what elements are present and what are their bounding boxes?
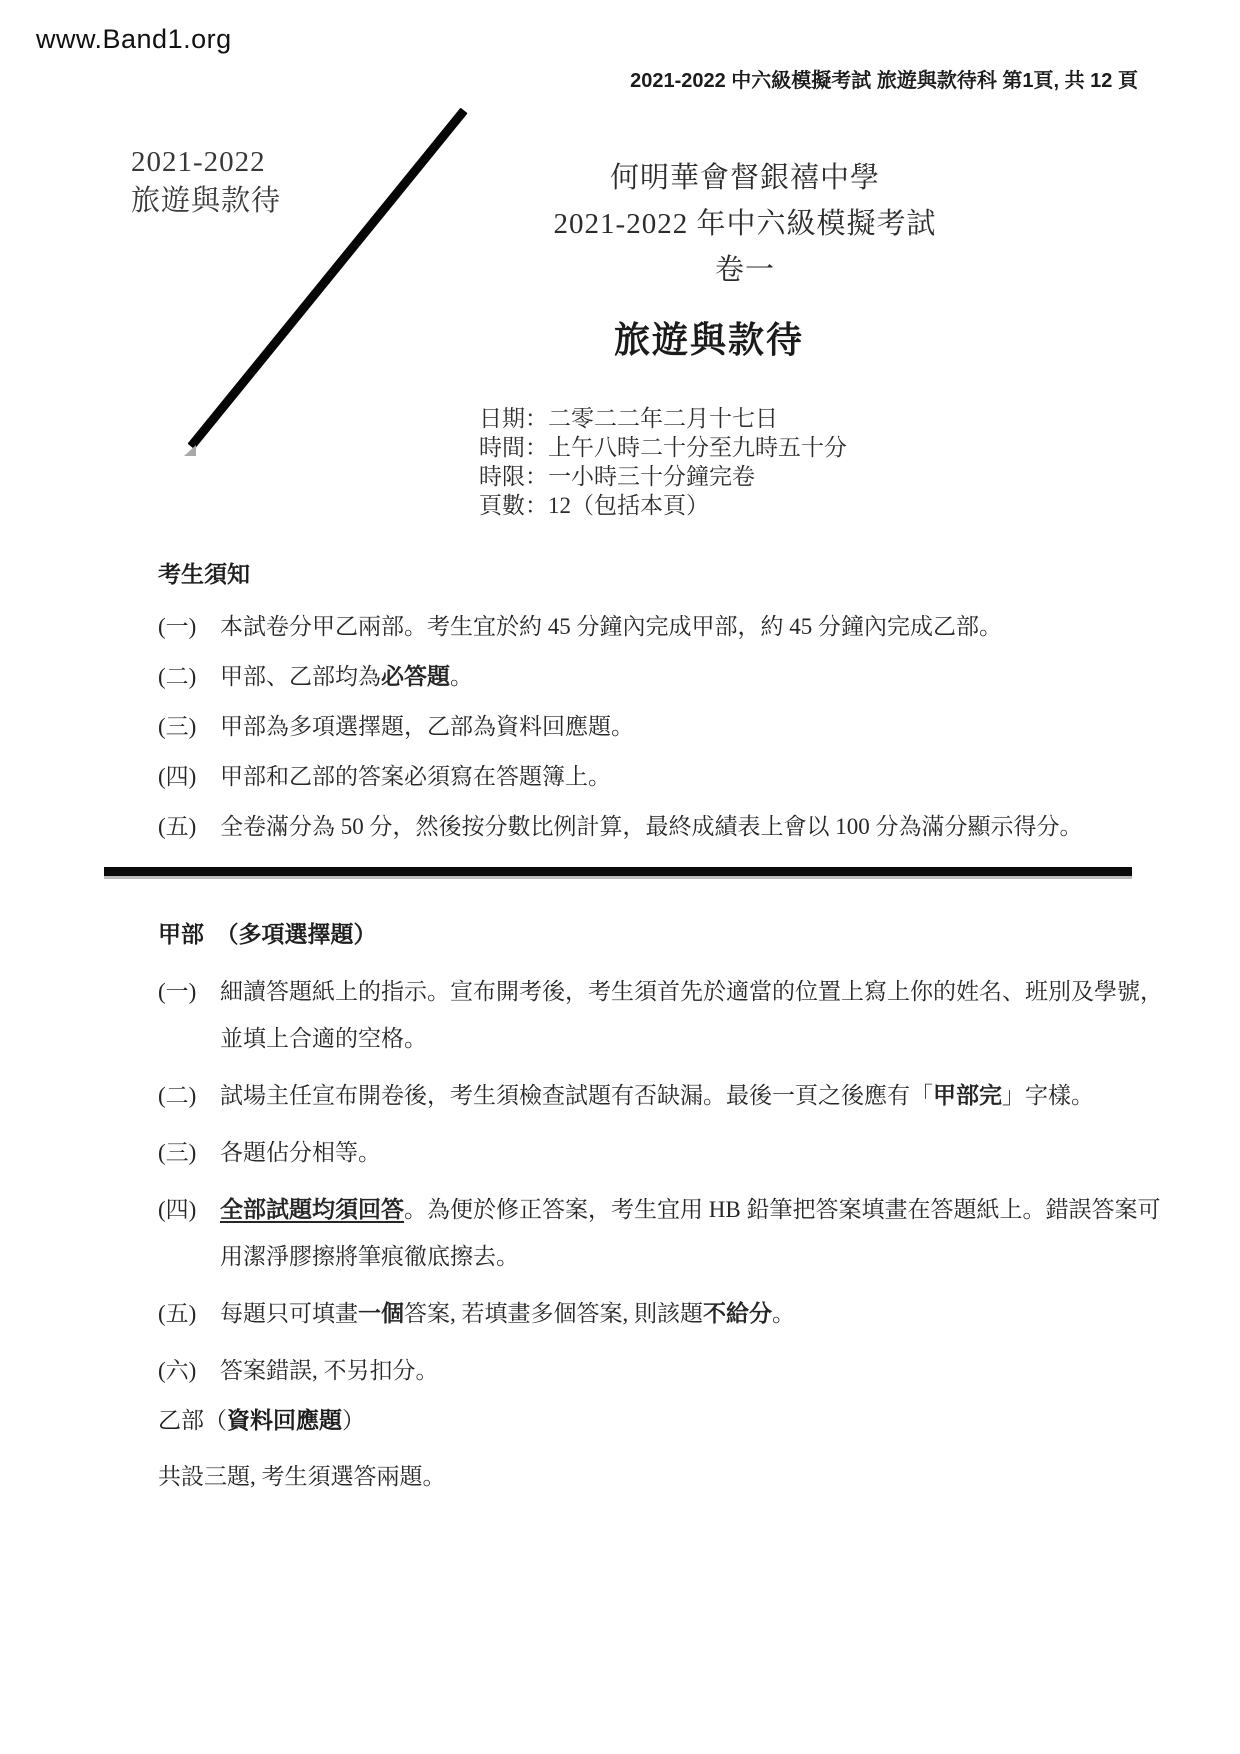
- item-text: 試場主任宣布開卷後，考生須檢查試題有否缺漏。最後一頁之後應有「甲部完」字樣。: [220, 1083, 1094, 1108]
- exam-pages: 頁數：12（包括本頁）: [479, 491, 847, 520]
- item-text: 答案錯誤, 不另扣分。: [220, 1358, 439, 1383]
- text-run: 試場主任宣布開卷後，考生須檢查試題有否缺漏。最後一頁之後應有「: [220, 1083, 933, 1108]
- section-a-heading: 甲部 （多項選擇題）: [158, 920, 1163, 950]
- instruction-item: (一)本試卷分甲乙兩部。考生宜於約 45 分鐘內完成甲部，約 45 分鐘內完成乙…: [158, 612, 1143, 642]
- item-number-label: (五): [158, 812, 196, 842]
- text-run: 。: [772, 1301, 795, 1326]
- candidate-notices-section: 考生須知 (一)本試卷分甲乙兩部。考生宜於約 45 分鐘內完成甲部，約 45 分…: [158, 560, 1143, 862]
- text-run: 全卷滿分為 50 分，然後按分數比例計算，最終成績表上會以 100 分為滿分顯示…: [220, 814, 1083, 839]
- notices-list: (一)本試卷分甲乙兩部。考生宜於約 45 分鐘內完成甲部，約 45 分鐘內完成乙…: [158, 612, 1143, 842]
- instruction-item: (五)全卷滿分為 50 分，然後按分數比例計算，最終成績表上會以 100 分為滿…: [158, 812, 1143, 842]
- item-text: 全卷滿分為 50 分，然後按分數比例計算，最終成績表上會以 100 分為滿分顯示…: [220, 814, 1083, 839]
- exam-cover-page: www.Band1.org 2021-2022 中六級模擬考試 旅遊與款待科 第…: [0, 0, 1240, 1754]
- text-run: 本試卷分甲乙兩部。考生宜於約 45 分鐘內完成甲部，約 45 分鐘內完成乙部。: [220, 614, 1002, 639]
- item-number-label: (一): [158, 968, 196, 1015]
- watermark-text: www.Band1.org: [36, 24, 232, 55]
- exam-date: 日期：二零二二年二月十七日: [479, 404, 847, 433]
- section-b: 乙部（資料回應題） 共設三題, 考生須選答兩題。: [158, 1406, 1143, 1492]
- section-b-note: 共設三題, 考生須選答兩題。: [158, 1462, 1143, 1492]
- corner-subject: 旅遊與款待: [131, 182, 281, 221]
- item-number-label: (六): [158, 1347, 196, 1394]
- text-run: 乙部（: [158, 1408, 227, 1433]
- item-text: 本試卷分甲乙兩部。考生宜於約 45 分鐘內完成甲部，約 45 分鐘內完成乙部。: [220, 614, 1002, 639]
- text-run: ）: [342, 1408, 365, 1433]
- paper-number: 卷一: [465, 252, 1025, 288]
- item-text: 各題佔分相等。: [220, 1140, 381, 1165]
- text-run: 甲部、乙部均為: [220, 664, 381, 689]
- text-run: 各題佔分相等。: [220, 1140, 381, 1165]
- text-run: 必答題: [381, 664, 450, 689]
- text-run: 用潔淨膠擦將筆痕徹底擦去。: [220, 1244, 519, 1269]
- text-run: 」字樣。: [1002, 1083, 1094, 1108]
- instruction-item: (六)答案錯誤, 不另扣分。: [158, 1347, 1163, 1394]
- section-a-list: (一)細讀答題紙上的指示。宣布開考後，考生須首先於適當的位置上寫上你的姓名、班別…: [158, 968, 1163, 1394]
- text-run: 細讀答題紙上的指示。宣布開考後，考生須首先於適當的位置上寫上你的姓名、班別及學號…: [220, 979, 1163, 1004]
- item-text: 全部試題均須回答。為便於修正答案，考生宜用 HB 鉛筆把答案填畫在答題紙上。錯誤…: [220, 1197, 1160, 1269]
- instruction-item: (四)全部試題均須回答。為便於修正答案，考生宜用 HB 鉛筆把答案填畫在答題紙上…: [158, 1186, 1163, 1280]
- section-b-heading: 乙部（資料回應題）: [158, 1406, 1143, 1436]
- item-number-label: (五): [158, 1290, 196, 1337]
- text-run: 並填上合適的空格。: [220, 1026, 427, 1051]
- item-number-label: (三): [158, 712, 196, 742]
- text-run: 。: [450, 664, 473, 689]
- title-block: 何明華會督銀禧中學 2021-2022 年中六級模擬考試 卷一: [465, 160, 1025, 288]
- instruction-item: (三)甲部為多項選擇題，乙部為資料回應題。: [158, 712, 1143, 742]
- exam-duration: 時限：一小時三十分鐘完卷: [479, 462, 847, 491]
- text-run: 全部試題均須回答: [220, 1197, 404, 1222]
- text-run: 。為便於修正答案，考生宜用 HB 鉛筆把答案填畫在答題紙上。錯誤答案可: [404, 1197, 1160, 1222]
- item-number-label: (四): [158, 1186, 196, 1233]
- instruction-item: (三)各題佔分相等。: [158, 1129, 1163, 1176]
- item-number-label: (一): [158, 612, 196, 642]
- page-header: 2021-2022 中六級模擬考試 旅遊與款待科 第1頁, 共 12 頁: [630, 64, 1138, 93]
- corner-year: 2021-2022: [131, 143, 281, 182]
- text-run: 甲部為多項選擇題，乙部為資料回應題。: [220, 714, 634, 739]
- section-a: 甲部 （多項選擇題） (一)細讀答題紙上的指示。宣布開考後，考生須首先於適當的位…: [158, 920, 1163, 1404]
- exam-info-block: 日期：二零二二年二月十七日 時間：上午八時二十分至九時五十分 時限：一小時三十分…: [479, 404, 847, 520]
- text-run: 甲部和乙部的答案必須寫在答題簿上。: [220, 764, 611, 789]
- text-run: 甲部完: [933, 1083, 1002, 1108]
- instruction-item: (二)甲部、乙部均為必答題。: [158, 662, 1143, 692]
- item-text: 甲部和乙部的答案必須寫在答題簿上。: [220, 764, 611, 789]
- text-run: 答案, 若填畫多個答案, 則該題: [404, 1301, 703, 1326]
- text-run: 資料回應題: [227, 1408, 342, 1433]
- item-text: 甲部、乙部均為必答題。: [220, 664, 473, 689]
- text-run: 一個: [358, 1301, 404, 1326]
- notices-heading: 考生須知: [158, 560, 1143, 590]
- instruction-item: (一)細讀答題紙上的指示。宣布開考後，考生須首先於適當的位置上寫上你的姓名、班別…: [158, 968, 1163, 1062]
- subject-title: 旅遊與款待: [459, 312, 959, 363]
- item-number-label: (二): [158, 1072, 196, 1119]
- text-run: 答案錯誤, 不另扣分。: [220, 1358, 439, 1383]
- text-run: 每題只可填畫: [220, 1301, 358, 1326]
- instruction-item: (五)每題只可填畫一個答案, 若填畫多個答案, 則該題不給分。: [158, 1290, 1163, 1337]
- school-name: 何明華會督銀禧中學: [465, 160, 1025, 196]
- exam-time: 時間：上午八時二十分至九時五十分: [479, 433, 847, 462]
- text-run: 不給分: [703, 1301, 772, 1326]
- instruction-item: (四)甲部和乙部的答案必須寫在答題簿上。: [158, 762, 1143, 792]
- item-number-label: (二): [158, 662, 196, 692]
- corner-subject-block: 2021-2022 旅遊與款待: [131, 143, 281, 221]
- instruction-item: (二)試場主任宣布開卷後，考生須檢查試題有否缺漏。最後一頁之後應有「甲部完」字樣…: [158, 1072, 1163, 1119]
- item-number-label: (四): [158, 762, 196, 792]
- item-number-label: (三): [158, 1129, 196, 1176]
- item-text: 每題只可填畫一個答案, 若填畫多個答案, 則該題不給分。: [220, 1301, 795, 1326]
- exam-name: 2021-2022 年中六級模擬考試: [465, 206, 1025, 242]
- section-divider-bar: [104, 867, 1132, 876]
- item-text: 甲部為多項選擇題，乙部為資料回應題。: [220, 714, 634, 739]
- item-text: 細讀答題紙上的指示。宣布開考後，考生須首先於適當的位置上寫上你的姓名、班別及學號…: [220, 979, 1163, 1051]
